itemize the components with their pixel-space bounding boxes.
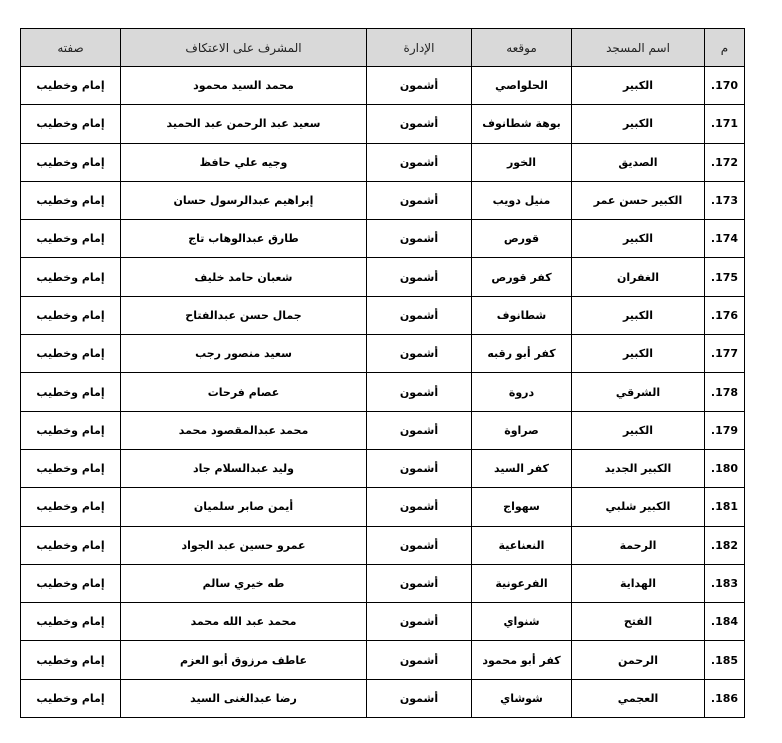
table-row: 173.الكبير حسن عمرمنيل دويبأشمونإبراهيم … <box>21 181 745 219</box>
supervisor-name: وجيه علي حافظ <box>121 143 367 181</box>
supervisor-name: سعيد عبد الرحمن عبد الحميد <box>121 105 367 143</box>
mosque-name: الهداية <box>572 564 705 602</box>
supervisor-role: إمام وخطيب <box>21 181 121 219</box>
mosque-name: الرحمة <box>572 526 705 564</box>
mosque-name: الكبير <box>572 105 705 143</box>
supervisor-role: إمام وخطيب <box>21 67 121 105</box>
header-mosque-name: اسم المسجد <box>572 29 705 67</box>
mosque-name: الكبير <box>572 335 705 373</box>
mosque-name: الشرقي <box>572 373 705 411</box>
header-row: م اسم المسجد موقعه الإدارة المشرف على ال… <box>21 29 745 67</box>
row-number: 177. <box>705 335 745 373</box>
mosque-name: الكبير <box>572 67 705 105</box>
table-row: 178.الشرقيدروةأشمونعصام فرحاتإمام وخطيب <box>21 373 745 411</box>
supervisor-role: إمام وخطيب <box>21 258 121 296</box>
mosque-location: الخور <box>472 143 572 181</box>
table-row: 185.الرحمنكفر أبو محمودأشمونعاطف مرزوق أ… <box>21 641 745 679</box>
administration: أشمون <box>367 143 472 181</box>
administration: أشمون <box>367 641 472 679</box>
row-number: 185. <box>705 641 745 679</box>
mosque-location: كفر السيد <box>472 449 572 487</box>
mosque-name: الفتح <box>572 603 705 641</box>
table-row: 179.الكبيرصراوةأشمونمحمد عبدالمقصود محمد… <box>21 411 745 449</box>
mosque-name: الكبير حسن عمر <box>572 181 705 219</box>
administration: أشمون <box>367 258 472 296</box>
supervisor-role: إمام وخطيب <box>21 526 121 564</box>
supervisor-role: إمام وخطيب <box>21 603 121 641</box>
mosque-location: الحلواصي <box>472 67 572 105</box>
header-supervisor: المشرف على الاعتكاف <box>121 29 367 67</box>
header-location: موقعه <box>472 29 572 67</box>
supervisor-role: إمام وخطيب <box>21 411 121 449</box>
administration: أشمون <box>367 220 472 258</box>
table-row: 182.الرحمةالنعناعيةأشمونعمرو حسين عبد ال… <box>21 526 745 564</box>
supervisor-role: إمام وخطيب <box>21 679 121 717</box>
table-row: 174.الكبيرقورصأشمونطارق عبدالوهاب تاجإما… <box>21 220 745 258</box>
mosque-name: العجمي <box>572 679 705 717</box>
mosque-location: كفر قورص <box>472 258 572 296</box>
row-number: 176. <box>705 296 745 334</box>
administration: أشمون <box>367 564 472 602</box>
mosque-name: الكبير الجديد <box>572 449 705 487</box>
mosque-location: كفر أبو محمود <box>472 641 572 679</box>
supervisor-role: إمام وخطيب <box>21 105 121 143</box>
supervisor-name: شعبان حامد خليف <box>121 258 367 296</box>
supervisor-role: إمام وخطيب <box>21 564 121 602</box>
administration: أشمون <box>367 373 472 411</box>
administration: أشمون <box>367 67 472 105</box>
row-number: 179. <box>705 411 745 449</box>
mosque-supervisors-table: م اسم المسجد موقعه الإدارة المشرف على ال… <box>20 28 745 718</box>
row-number: 175. <box>705 258 745 296</box>
supervisor-role: إمام وخطيب <box>21 641 121 679</box>
supervisor-name: محمد عبدالمقصود محمد <box>121 411 367 449</box>
supervisor-name: عصام فرحات <box>121 373 367 411</box>
row-number: 173. <box>705 181 745 219</box>
supervisor-name: محمد عبد الله محمد <box>121 603 367 641</box>
supervisor-name: وليد عبدالسلام جاد <box>121 449 367 487</box>
supervisor-name: رضا عبدالغنى السيد <box>121 679 367 717</box>
administration: أشمون <box>367 105 472 143</box>
mosque-name: الكبير <box>572 296 705 334</box>
row-number: 171. <box>705 105 745 143</box>
row-number: 170. <box>705 67 745 105</box>
mosque-location: شنواي <box>472 603 572 641</box>
supervisor-role: إمام وخطيب <box>21 449 121 487</box>
mosque-location: الفرعونية <box>472 564 572 602</box>
supervisor-name: طارق عبدالوهاب تاج <box>121 220 367 258</box>
supervisor-role: إمام وخطيب <box>21 373 121 411</box>
administration: أشمون <box>367 488 472 526</box>
administration: أشمون <box>367 335 472 373</box>
supervisor-name: طه خيري سالم <box>121 564 367 602</box>
table-row: 177.الكبيركفر أبو رقبهأشمونسعيد منصور رج… <box>21 335 745 373</box>
row-number: 186. <box>705 679 745 717</box>
mosque-location: منيل دويب <box>472 181 572 219</box>
administration: أشمون <box>367 449 472 487</box>
administration: أشمون <box>367 603 472 641</box>
row-number: 184. <box>705 603 745 641</box>
supervisor-role: إمام وخطيب <box>21 488 121 526</box>
mosque-location: دروة <box>472 373 572 411</box>
row-number: 180. <box>705 449 745 487</box>
supervisor-name: سعيد منصور رجب <box>121 335 367 373</box>
mosque-name: الكبير <box>572 411 705 449</box>
table-row: 184.الفتحشنوايأشمونمحمد عبد الله محمدإما… <box>21 603 745 641</box>
supervisor-name: إبراهيم عبدالرسول حسان <box>121 181 367 219</box>
administration: أشمون <box>367 181 472 219</box>
administration: أشمون <box>367 296 472 334</box>
supervisor-name: عمرو حسين عبد الجواد <box>121 526 367 564</box>
supervisor-role: إمام وخطيب <box>21 143 121 181</box>
table-row: 172.الصديقالخورأشمونوجيه علي حافظإمام وخ… <box>21 143 745 181</box>
administration: أشمون <box>367 679 472 717</box>
mosque-location: صراوة <box>472 411 572 449</box>
mosque-location: سهواج <box>472 488 572 526</box>
row-number: 182. <box>705 526 745 564</box>
mosque-name: الرحمن <box>572 641 705 679</box>
header-num: م <box>705 29 745 67</box>
row-number: 174. <box>705 220 745 258</box>
mosque-name: الكبير <box>572 220 705 258</box>
supervisor-name: محمد السيد محمود <box>121 67 367 105</box>
table-row: 170.الكبيرالحلواصيأشمونمحمد السيد محمودإ… <box>21 67 745 105</box>
row-number: 172. <box>705 143 745 181</box>
supervisor-role: إمام وخطيب <box>21 335 121 373</box>
table-row: 175.الغفرانكفر قورصأشمونشعبان حامد خليفإ… <box>21 258 745 296</box>
mosque-location: شوشاي <box>472 679 572 717</box>
table-row: 183.الهدايةالفرعونيةأشمونطه خيري سالمإما… <box>21 564 745 602</box>
administration: أشمون <box>367 526 472 564</box>
mosque-name: الغفران <box>572 258 705 296</box>
table-row: 171.الكبيربوهة شطانوفأشمونسعيد عبد الرحم… <box>21 105 745 143</box>
supervisor-name: أيمن صابر سلميان <box>121 488 367 526</box>
mosque-location: شطانوف <box>472 296 572 334</box>
mosque-location: كفر أبو رقبه <box>472 335 572 373</box>
table-row: 176.الكبيرشطانوفأشمونجمال حسن عبدالفتاحإ… <box>21 296 745 334</box>
supervisor-name: عاطف مرزوق أبو العزم <box>121 641 367 679</box>
table-row: 186.العجميشوشايأشمونرضا عبدالغنى السيدإم… <box>21 679 745 717</box>
supervisor-role: إمام وخطيب <box>21 296 121 334</box>
supervisor-role: إمام وخطيب <box>21 220 121 258</box>
mosque-location: النعناعية <box>472 526 572 564</box>
row-number: 178. <box>705 373 745 411</box>
header-administration: الإدارة <box>367 29 472 67</box>
row-number: 181. <box>705 488 745 526</box>
supervisor-name: جمال حسن عبدالفتاح <box>121 296 367 334</box>
mosque-name: الصديق <box>572 143 705 181</box>
row-number: 183. <box>705 564 745 602</box>
header-role: صفته <box>21 29 121 67</box>
table-row: 181.الكبير شلبيسهواجأشمونأيمن صابر سلميا… <box>21 488 745 526</box>
administration: أشمون <box>367 411 472 449</box>
table-row: 180.الكبير الجديدكفر السيدأشمونوليد عبدا… <box>21 449 745 487</box>
mosque-location: بوهة شطانوف <box>472 105 572 143</box>
mosque-location: قورص <box>472 220 572 258</box>
mosque-name: الكبير شلبي <box>572 488 705 526</box>
